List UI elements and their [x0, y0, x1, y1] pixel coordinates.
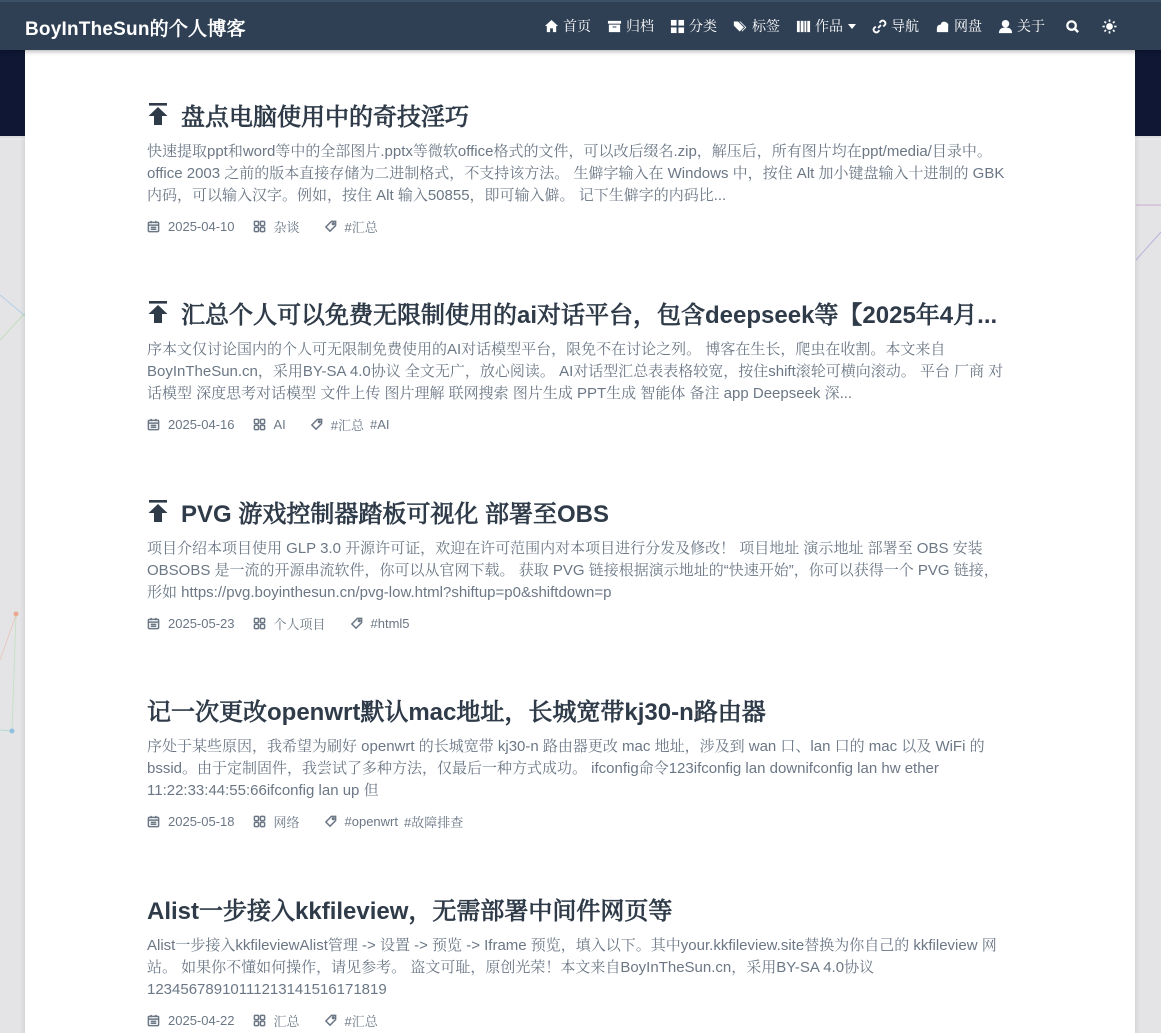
category-icon	[253, 617, 266, 630]
nav-menu: 首页 归档 分类 标签 作品 导航 网盘 关于	[536, 2, 1127, 50]
nav-item-navigation[interactable]: 导航	[864, 2, 927, 50]
site-title[interactable]: BoyInTheSun的个人博客	[25, 14, 246, 41]
nav-label-tags: 标签	[752, 16, 780, 36]
post-category: 个人项目	[253, 614, 332, 633]
nav-label-about: 关于	[1017, 16, 1045, 36]
calendar-icon	[147, 220, 160, 233]
post-tags: #汇总	[324, 217, 384, 236]
post-excerpt: Alist一步接入kkfileviewAlist管理 -> 设置 -> 预览 -…	[147, 935, 1012, 1001]
post-tag-link[interactable]: #汇总	[345, 217, 378, 236]
works-icon	[796, 19, 811, 34]
nav-item-about[interactable]: 关于	[990, 2, 1053, 50]
nav-item-home[interactable]: 首页	[536, 2, 599, 50]
nav-item-archive[interactable]: 归档	[599, 2, 662, 50]
post-tag-link[interactable]: #故障排查	[404, 812, 463, 831]
post-meta: 2025-04-22 汇总 #汇总	[147, 1011, 1012, 1029]
post-title: PVG 游戏控制器踏板可视化 部署至OBS	[181, 494, 609, 528]
categories-icon	[670, 19, 685, 34]
nav-item-works[interactable]: 作品	[788, 2, 864, 50]
post-item: 记一次更改openwrt默认mac地址，长城宽带kj30-n路由器 序处于某些原…	[147, 692, 1012, 830]
tags-icon	[733, 19, 748, 34]
post-title-link[interactable]: 汇总个人可以免费无限制使用的ai对话平台，包含deepseek等【2025年4月…	[147, 295, 1012, 329]
pinned-icon	[147, 300, 169, 324]
theme-toggle-button[interactable]	[1092, 2, 1127, 50]
cloud-drive-icon	[935, 19, 950, 34]
calendar-icon	[147, 815, 160, 828]
nav-label-archive: 归档	[626, 16, 654, 36]
post-item: Alist一步接入kkfileview，无需部署中间件网页等 Alist一步接入…	[147, 891, 1012, 1029]
nav-item-categories[interactable]: 分类	[662, 2, 725, 50]
post-title-link[interactable]: PVG 游戏控制器踏板可视化 部署至OBS	[147, 494, 1012, 528]
post-meta: 2025-05-18 网络 #openwrt #故障排查	[147, 812, 1012, 830]
post-category-link[interactable]: 网络	[274, 812, 300, 831]
post-list-card: 盘点电脑使用中的奇技淫巧 快速提取ppt和word等中的全部图片.pptx等微软…	[25, 50, 1135, 1033]
post-category: 杂谈	[253, 217, 306, 236]
post-date-text: 2025-05-18	[168, 814, 235, 829]
nav-label-works: 作品	[815, 16, 843, 36]
post-date: 2025-04-16	[147, 417, 235, 432]
search-icon	[1065, 19, 1080, 34]
post-item: PVG 游戏控制器踏板可视化 部署至OBS 项目介绍本项目使用 GLP 3.0 …	[147, 494, 1012, 632]
nav-item-tags[interactable]: 标签	[725, 2, 788, 50]
post-tag-link[interactable]: #openwrt	[345, 814, 398, 829]
link-icon	[872, 19, 887, 34]
post-date-text: 2025-04-16	[168, 417, 235, 432]
post-title-link[interactable]: 记一次更改openwrt默认mac地址，长城宽带kj30-n路由器	[147, 692, 1012, 726]
post-meta: 2025-05-23 个人项目 #html5	[147, 614, 1012, 632]
category-icon	[253, 418, 266, 431]
post-category: 网络	[253, 812, 306, 831]
post-excerpt: 快速提取ppt和word等中的全部图片.pptx等微软office格式的文件，可…	[147, 141, 1012, 207]
nav-label-categories: 分类	[689, 16, 717, 36]
tag-icon	[324, 1014, 337, 1027]
calendar-icon	[147, 617, 160, 630]
post-excerpt: 序处于某些原因，我希望为刷好 openwrt 的长城宽带 kj30-n 路由器更…	[147, 736, 1012, 802]
pinned-icon	[147, 102, 169, 126]
post-tags: #openwrt #故障排查	[324, 812, 470, 831]
user-icon	[998, 19, 1013, 34]
post-date: 2025-05-23	[147, 616, 235, 631]
calendar-icon	[147, 418, 160, 431]
archive-icon	[607, 19, 622, 34]
tag-icon	[350, 617, 363, 630]
post-tags: #汇总	[324, 1011, 384, 1030]
post-tags: #html5	[350, 616, 416, 631]
category-icon	[253, 815, 266, 828]
post-item: 盘点电脑使用中的奇技淫巧 快速提取ppt和word等中的全部图片.pptx等微软…	[147, 97, 1012, 235]
tag-icon	[310, 418, 323, 431]
calendar-icon	[147, 1014, 160, 1027]
nav-item-cloud-drive[interactable]: 网盘	[927, 2, 990, 50]
post-date: 2025-04-10	[147, 219, 235, 234]
post-date-text: 2025-04-22	[168, 1013, 235, 1028]
post-tag-link[interactable]: #html5	[371, 616, 410, 631]
sun-icon	[1102, 19, 1117, 34]
tag-icon	[324, 815, 337, 828]
category-icon	[253, 1014, 266, 1027]
post-date: 2025-05-18	[147, 814, 235, 829]
tag-icon	[324, 220, 337, 233]
pinned-icon	[147, 499, 169, 523]
search-button[interactable]	[1053, 2, 1092, 50]
post-category-link[interactable]: 个人项目	[274, 614, 326, 633]
home-icon	[544, 19, 559, 34]
post-date-text: 2025-05-23	[168, 616, 235, 631]
post-tags: #汇总 #AI	[310, 415, 396, 434]
post-title-link[interactable]: 盘点电脑使用中的奇技淫巧	[147, 97, 1012, 131]
nav-label-home: 首页	[563, 16, 591, 36]
post-category-link[interactable]: 杂谈	[274, 217, 300, 236]
chevron-down-icon	[848, 24, 856, 29]
post-title: Alist一步接入kkfileview，无需部署中间件网页等	[147, 891, 672, 925]
post-excerpt: 序本文仅讨论国内的个人可无限制免费使用的AI对话模型平台，限免不在讨论之列。 博…	[147, 339, 1012, 405]
post-tag-link[interactable]: #汇总	[345, 1011, 378, 1030]
post-title-link[interactable]: Alist一步接入kkfileview，无需部署中间件网页等	[147, 891, 1012, 925]
post-item: 汇总个人可以免费无限制使用的ai对话平台，包含deepseek等【2025年4月…	[147, 295, 1012, 433]
post-date: 2025-04-22	[147, 1013, 235, 1028]
top-navbar: BoyInTheSun的个人博客 首页 归档 分类 标签 作品 导航	[0, 0, 1161, 50]
post-category-link[interactable]: AI	[274, 417, 286, 432]
post-category: AI	[253, 417, 292, 432]
post-date-text: 2025-04-10	[168, 219, 235, 234]
post-excerpt: 项目介绍本项目使用 GLP 3.0 开源许可证，欢迎在许可范围内对本项目进行分发…	[147, 538, 1012, 604]
post-title: 汇总个人可以免费无限制使用的ai对话平台，包含deepseek等【2025年4月…	[181, 295, 997, 329]
post-title: 盘点电脑使用中的奇技淫巧	[181, 97, 469, 131]
post-tag-link[interactable]: #AI	[370, 417, 390, 432]
post-category: 汇总	[253, 1011, 306, 1030]
category-icon	[253, 220, 266, 233]
nav-label-cloud-drive: 网盘	[954, 16, 982, 36]
post-tag-link[interactable]: #汇总	[331, 415, 364, 434]
nav-label-navigation: 导航	[891, 16, 919, 36]
post-category-link[interactable]: 汇总	[274, 1011, 300, 1030]
post-title: 记一次更改openwrt默认mac地址，长城宽带kj30-n路由器	[147, 692, 766, 726]
post-meta: 2025-04-16 AI #汇总 #AI	[147, 415, 1012, 433]
post-meta: 2025-04-10 杂谈 #汇总	[147, 217, 1012, 235]
